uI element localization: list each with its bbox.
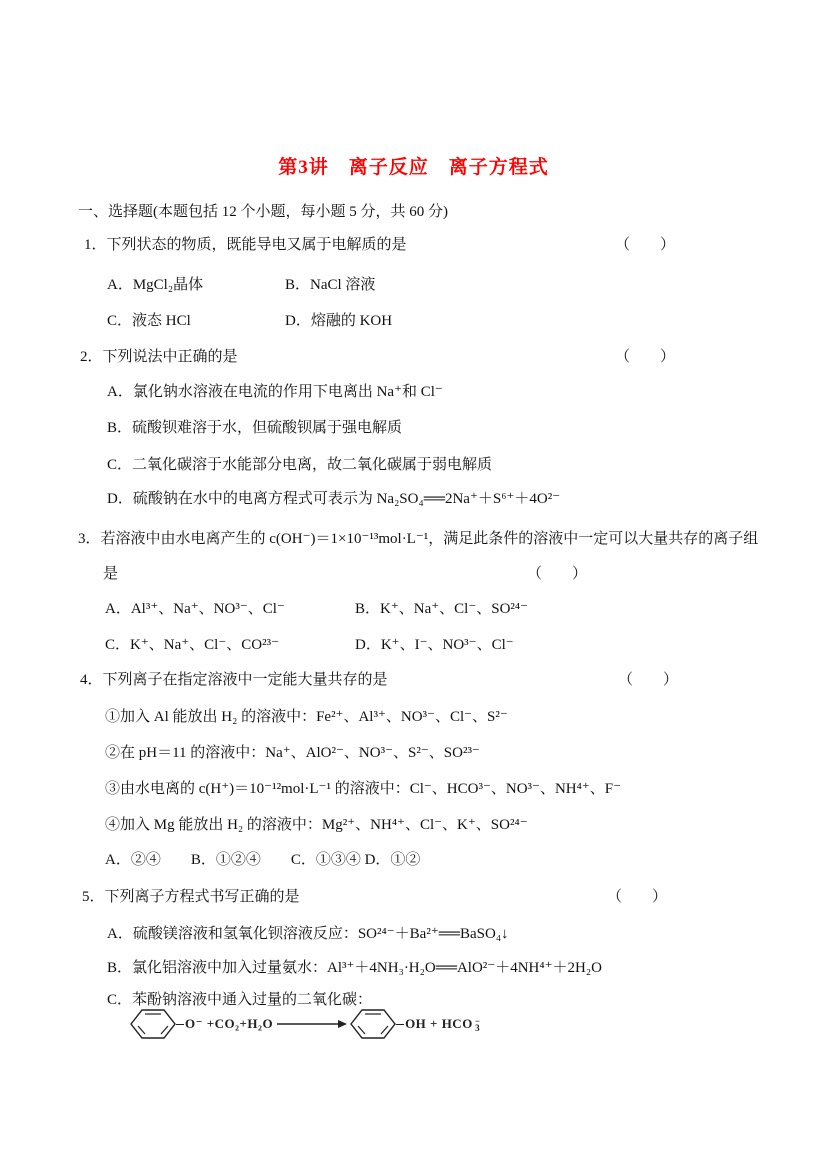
answer-bracket: （ ） (615, 348, 675, 367)
question-4-text: 4．下列离子在指定溶液中一定能大量共存的是 (80, 671, 388, 690)
question-1-option-d: D．熔融的 KOH (285, 312, 392, 331)
answer-bracket: （ ） (618, 671, 678, 690)
question-1-option-a: A．MgCl₂晶体 (107, 276, 203, 295)
scheme-reactants: O⁻ +CO₂+H₂O (185, 1016, 273, 1032)
question-1-option-b: B．NaCl 溶液 (285, 276, 375, 295)
benzene-ring-icon (130, 1008, 176, 1040)
reaction-scheme: O⁻ +CO₂+H₂O OH + HCO − 3 (130, 1008, 480, 1040)
question-3-text-line2: 是 (103, 565, 118, 584)
answer-bracket: （ ） (607, 888, 667, 907)
section-header: 一、选择题(本题包括 12 个小题，每小题 5 分，共 60 分) (78, 203, 448, 222)
question-2-option-b: B．硫酸钡难溶于水，但硫酸钡属于强电解质 (107, 419, 402, 438)
question-4-statement-3: ③由水电离的 c(H⁺)＝10⁻¹²mol·L⁻¹ 的溶液中：Cl⁻、HCO³⁻… (105, 780, 621, 799)
page-title: 第3讲 离子反应 离子方程式 (0, 152, 827, 179)
question-4-statement-2: ②在 pH＝11 的溶液中：Na⁺、AlO²⁻、NO³⁻、S²⁻、SO²³⁻ (105, 744, 480, 763)
question-3-text-line1: 3．若溶液中由水电离产生的 c(OH⁻)＝1×10⁻¹³mol·L⁻¹，满足此条… (78, 530, 758, 549)
answer-bracket: （ ） (615, 236, 675, 255)
question-4-answer-choices: A．②④ B．①②④ C．①③④ D．①② (105, 851, 420, 870)
bond-line (396, 1024, 404, 1025)
question-4-statement-4: ④加入 Mg 能放出 H₂ 的溶液中：Mg²⁺、NH⁴⁺、Cl⁻、K⁺、SO²⁴… (105, 816, 528, 835)
question-5-text: 5．下列离子方程式书写正确的是 (82, 888, 300, 907)
question-1-option-c: C．液态 HCl (107, 312, 191, 331)
question-3-option-b: B．K⁺、Na⁺、Cl⁻、SO²⁴⁻ (355, 600, 528, 619)
answer-bracket: （ ） (527, 565, 587, 584)
question-4-statement-1: ①加入 Al 能放出 H₂ 的溶液中：Fe²⁺、Al³⁺、NO³⁻、Cl⁻、S²… (105, 708, 508, 727)
question-2-text: 2．下列说法中正确的是 (80, 348, 238, 367)
document-page: 第3讲 离子反应 离子方程式 一、选择题(本题包括 12 个小题，每小题 5 分… (0, 0, 827, 1170)
bond-line (176, 1024, 184, 1025)
benzene-ring-icon (350, 1008, 396, 1040)
question-5-option-b: B．氯化铝溶液中加入过量氨水：Al³⁺＋4NH₃·H₂O══AlO²⁻＋4NH⁴… (107, 959, 602, 978)
question-3-option-d: D．K⁺、I⁻、NO³⁻、Cl⁻ (355, 636, 514, 655)
question-5-option-a: A．硫酸镁溶液和氢氧化钡溶液反应：SO²⁴⁻＋Ba²⁺══BaSO₄↓ (107, 925, 509, 944)
bicarbonate-charge-stack: − 3 (475, 1018, 480, 1032)
scheme-products: OH + HCO (405, 1016, 473, 1032)
reaction-arrow-icon (277, 1019, 347, 1029)
question-2-option-d: D．硫酸钠在水中的电离方程式可表示为 Na₂SO₄══2Na⁺＋S⁶⁺＋4O²⁻ (107, 490, 560, 509)
question-2-option-a: A．氯化钠水溶液在电流的作用下电离出 Na⁺和 Cl⁻ (107, 383, 443, 402)
question-3-option-a: A．Al³⁺、Na⁺、NO³⁻、Cl⁻ (105, 600, 285, 619)
bicarbonate-subscript: 3 (475, 1025, 480, 1032)
question-1-text: 1．下列状态的物质，既能导电又属于电解质的是 (84, 236, 407, 255)
question-2-option-c: C．二氧化碳溶于水能部分电离，故二氧化碳属于弱电解质 (107, 456, 492, 475)
question-3-option-c: C．K⁺、Na⁺、Cl⁻、CO²³⁻ (105, 636, 279, 655)
